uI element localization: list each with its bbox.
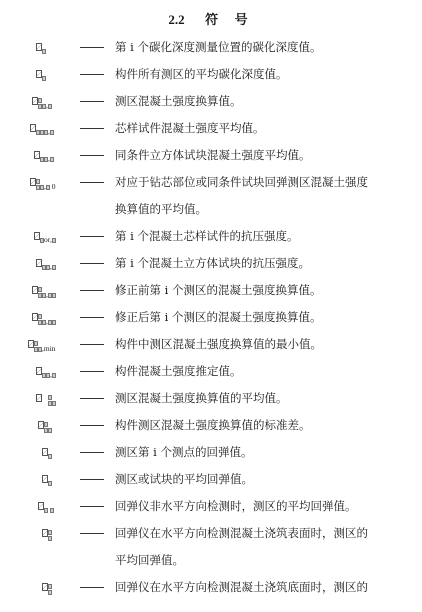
- dash-separator: [80, 101, 104, 102]
- missing-glyph-icon: [48, 104, 52, 109]
- section-heading: 2.2 符 号: [0, 10, 422, 31]
- symbol-description: 修正前第 i 个测区的混凝土强度换算值。: [115, 280, 415, 300]
- symbol-row: , 修正后第 i 个测区的混凝土强度换算值。: [0, 307, 422, 334]
- symbol-row: 构件测区混凝土强度换算值的标准差。: [0, 415, 422, 442]
- missing-glyph-icon: [52, 238, 56, 243]
- symbol-row: , 测区混凝土强度换算值。: [0, 91, 422, 118]
- symbol: ,: [32, 280, 80, 300]
- dash-separator: [80, 290, 104, 291]
- missing-glyph-icon: [38, 287, 42, 292]
- symbol-description: 构件所有测区的平均碳化深度值。: [115, 64, 415, 84]
- symbol: ,: [30, 118, 78, 138]
- missing-glyph-icon: [52, 293, 56, 298]
- missing-glyph-icon: [46, 373, 50, 378]
- section-number: 2.2: [168, 12, 184, 27]
- missing-glyph-icon: [48, 584, 52, 589]
- missing-glyph-icon: [42, 76, 46, 81]
- symbol-row: , 构件混凝土强度推定值。: [0, 361, 422, 388]
- missing-glyph-icon: [44, 508, 48, 513]
- symbol-row: 测区混凝土强度换算值的平均值。: [0, 388, 422, 415]
- symbol-row: 回弹仪在水平方向检测混凝土浇筑底面时，测区的: [0, 577, 422, 604]
- symbol-description: 构件测区混凝土强度换算值的标准差。: [115, 415, 415, 435]
- symbol-row: , 同条件立方体试块混凝土强度平均值。: [0, 145, 422, 172]
- symbol-description: 测区混凝土强度换算值的平均值。: [115, 388, 415, 408]
- missing-glyph-icon: [46, 265, 50, 270]
- missing-glyph-icon: [48, 530, 52, 535]
- missing-glyph-icon: [34, 341, 38, 346]
- symbol-row: 回弹仪非水平方向检测时，测区的平均回弹值。: [0, 496, 422, 523]
- section-title-char-2: 号: [235, 13, 248, 28]
- symbol: ,: [32, 307, 80, 327]
- symbol: [36, 37, 84, 57]
- symbol: ,min: [28, 334, 76, 354]
- missing-glyph-icon: [52, 265, 56, 270]
- missing-glyph-icon: [38, 98, 42, 103]
- symbol-row: 测区或试块的平均回弹值。: [0, 469, 422, 496]
- symbol-description: 同条件立方体试块混凝土强度平均值。: [115, 145, 415, 165]
- missing-glyph-icon: [44, 157, 48, 162]
- dash-separator: [80, 263, 104, 264]
- symbol-row: or, 第 i 个混凝土芯样试件的抗压强度。: [0, 226, 422, 253]
- symbol: , 0: [30, 172, 78, 192]
- symbol-description: 第 i 个混凝土芯样试件的抗压强度。: [115, 226, 415, 246]
- missing-glyph-icon: [48, 454, 52, 459]
- missing-glyph-icon: [38, 314, 42, 319]
- symbol-row: , 修正前第 i 个测区的混凝土强度换算值。: [0, 280, 422, 307]
- symbol-description: 构件中测区混凝土强度换算值的最小值。: [115, 334, 415, 354]
- symbol-description: 测区混凝土强度换算值。: [115, 91, 415, 111]
- symbol-list: 第 i 个碳化深度测量位置的碳化深度值。 构件所有测区的平均碳化深度值。 , 测…: [0, 37, 422, 604]
- dash-separator: [80, 317, 104, 318]
- symbol: ,: [34, 145, 82, 165]
- dash-separator: [80, 425, 104, 426]
- symbol-description: 第 i 个碳化深度测量位置的碳化深度值。: [115, 37, 415, 57]
- symbol-row: , 芯样试件混凝土强度平均值。: [0, 118, 422, 145]
- symbol-description: 测区第 i 个测点的回弹值。: [115, 442, 415, 462]
- dash-separator: [80, 128, 104, 129]
- symbol-row: , 0 对应于钻芯部位或同条件试块回弹测区混凝土强度换算值的平均值。: [0, 172, 422, 226]
- symbol: [36, 64, 84, 84]
- missing-glyph-icon: [36, 394, 42, 402]
- symbol-row: , 第 i 个混凝土立方体试块的抗压强度。: [0, 253, 422, 280]
- dash-separator: [80, 74, 104, 75]
- dash-separator: [80, 587, 104, 588]
- dash-separator: [80, 344, 104, 345]
- symbol-description: 回弹仪在水平方向检测混凝土浇筑底面时，测区的: [115, 577, 415, 597]
- missing-glyph-icon: [52, 373, 56, 378]
- dash-separator: [80, 479, 104, 480]
- dash-separator: [80, 47, 104, 48]
- dash-separator: [80, 533, 104, 534]
- symbol-description: 修正后第 i 个测区的混凝土强度换算值。: [115, 307, 415, 327]
- missing-glyph-icon: [48, 481, 52, 486]
- missing-glyph-icon: [36, 179, 40, 184]
- symbol-description: 第 i 个混凝土立方体试块的抗压强度。: [115, 253, 415, 273]
- missing-glyph-icon: [44, 422, 48, 427]
- missing-glyph-icon: [42, 293, 46, 298]
- missing-glyph-icon: [40, 185, 44, 190]
- symbol-row: 回弹仪在水平方向检测混凝土浇筑表面时，测区的平均回弹值。: [0, 523, 422, 577]
- symbol-row: 测区第 i 个测点的回弹值。: [0, 442, 422, 469]
- section-title-char-1: 符: [205, 13, 218, 28]
- dash-separator: [80, 371, 104, 372]
- symbol-row: 构件所有测区的平均碳化深度值。: [0, 64, 422, 91]
- symbol-description: 芯样试件混凝土强度平均值。: [115, 118, 415, 138]
- missing-glyph-icon: [48, 428, 52, 433]
- missing-glyph-icon: [52, 401, 56, 406]
- symbol-description: 构件混凝土强度推定值。: [115, 361, 415, 381]
- missing-glyph-icon: [50, 508, 54, 513]
- missing-glyph-icon: [42, 104, 46, 109]
- missing-glyph-icon: [52, 320, 56, 325]
- dash-separator: [80, 155, 104, 156]
- dash-separator: [80, 236, 104, 237]
- dash-separator: [80, 398, 104, 399]
- dash-separator: [80, 506, 104, 507]
- symbol: or,: [34, 226, 82, 246]
- symbol: ,: [36, 253, 84, 273]
- missing-glyph-icon: [50, 130, 54, 135]
- dash-separator: [80, 452, 104, 453]
- missing-glyph-icon: [38, 347, 42, 352]
- missing-glyph-icon: [44, 130, 48, 135]
- symbol-description: 回弹仪非水平方向检测时，测区的平均回弹值。: [115, 496, 415, 516]
- missing-glyph-icon: [42, 49, 46, 54]
- symbol: ,: [36, 361, 84, 381]
- missing-glyph-icon: [46, 185, 50, 190]
- missing-glyph-icon: [40, 238, 44, 243]
- missing-glyph-icon: [48, 590, 52, 595]
- symbol-row: ,min 构件中测区混凝土强度换算值的最小值。: [0, 334, 422, 361]
- missing-glyph-icon: [48, 395, 52, 400]
- missing-glyph-icon: [50, 157, 54, 162]
- symbol-description: 回弹仪在水平方向检测混凝土浇筑表面时，测区的平均回弹值。: [115, 523, 415, 570]
- symbol-description: 测区或试块的平均回弹值。: [115, 469, 415, 489]
- symbol: [38, 415, 86, 435]
- symbol-row: 第 i 个碳化深度测量位置的碳化深度值。: [0, 37, 422, 64]
- symbol: ,: [32, 91, 80, 111]
- symbol: [38, 496, 86, 516]
- symbol: [36, 388, 84, 408]
- dash-separator: [80, 182, 104, 183]
- missing-glyph-icon: [48, 536, 52, 541]
- missing-glyph-icon: [42, 320, 46, 325]
- symbol-description: 对应于钻芯部位或同条件试块回弹测区混凝土强度换算值的平均值。: [115, 172, 415, 219]
